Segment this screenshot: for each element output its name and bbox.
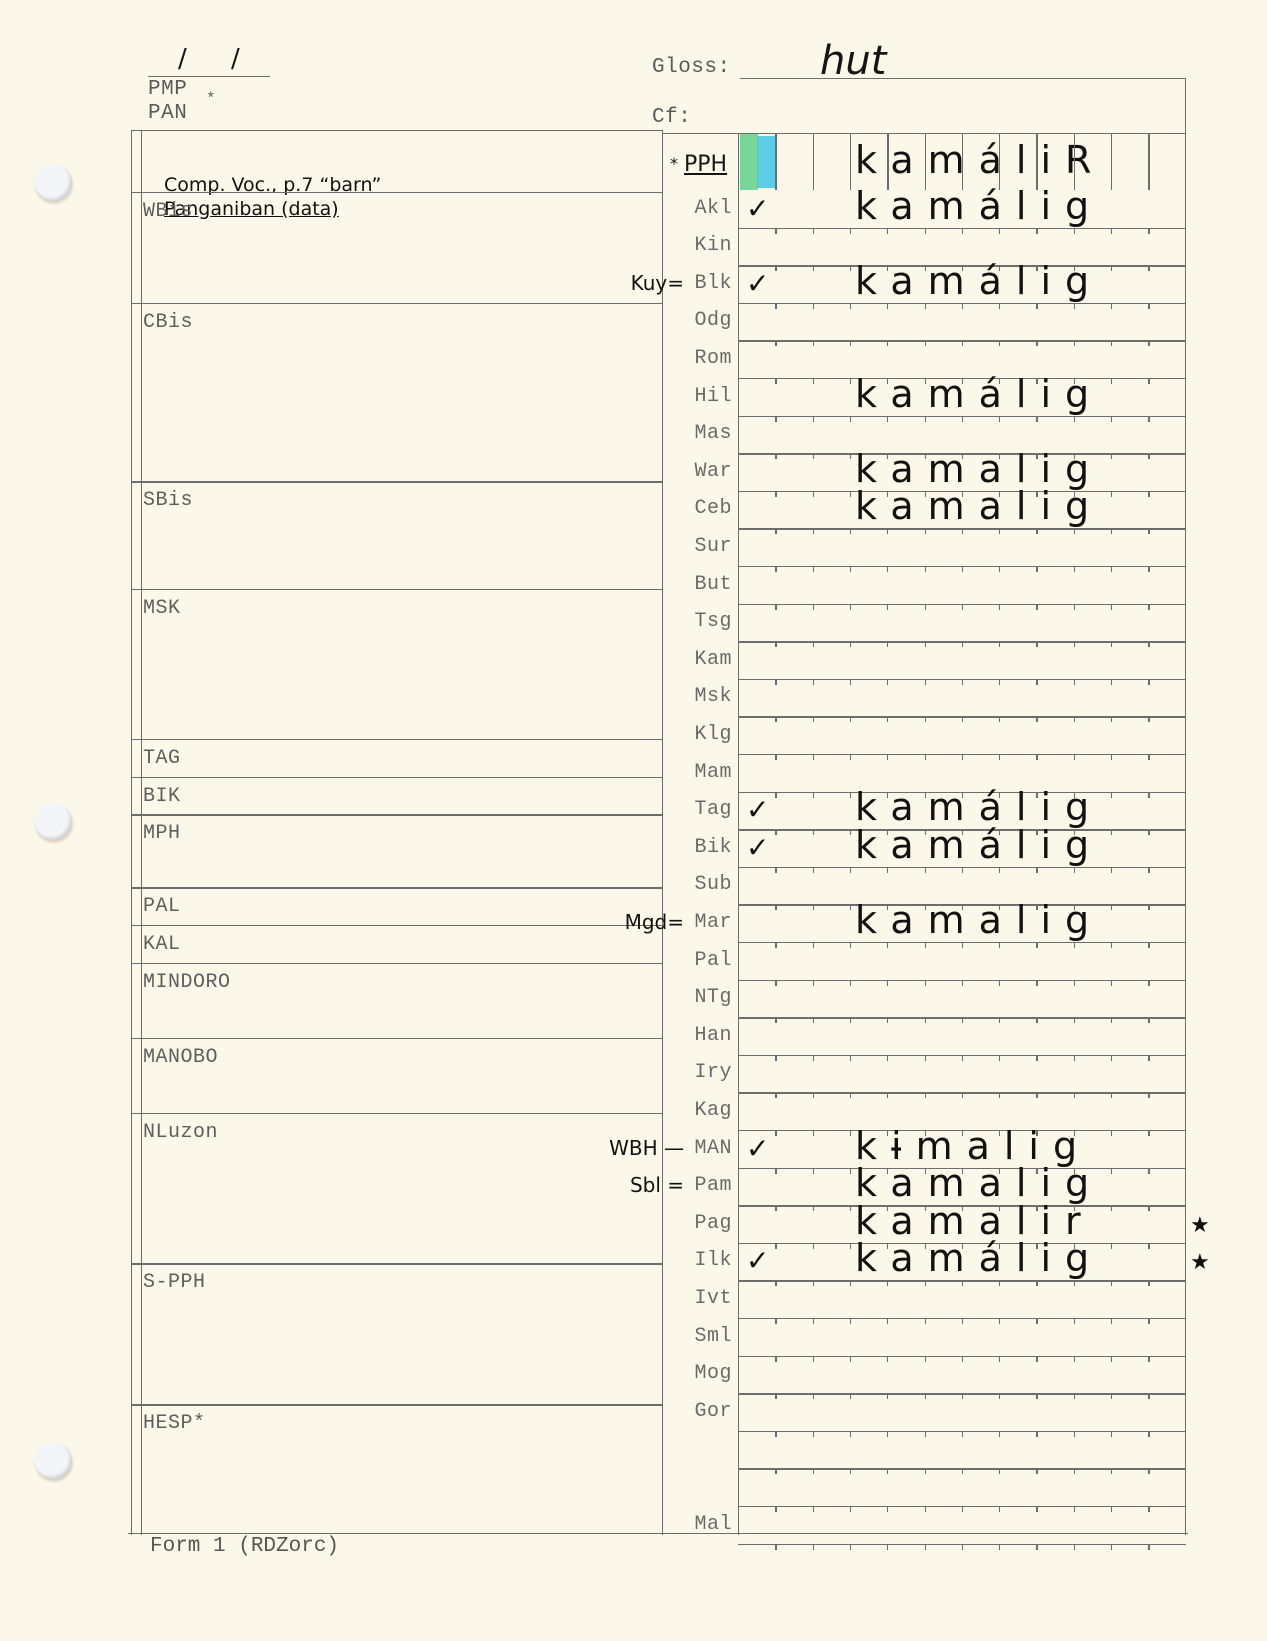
section-divider-line (131, 963, 662, 964)
grid-tick (775, 942, 776, 948)
grid-tick (1036, 416, 1037, 422)
grid-tick (775, 1168, 776, 1174)
grid-tick (1111, 1130, 1112, 1136)
grid-tick (1036, 1431, 1037, 1437)
grid-tick (887, 1318, 888, 1324)
grid-tick (1074, 566, 1075, 572)
grid-tick (1111, 491, 1112, 497)
star-icon: ★ (1190, 1250, 1210, 1275)
punch-hole-top (34, 164, 72, 202)
grid-tick (999, 867, 1000, 873)
check-mark-icon[interactable]: ✓ (746, 267, 769, 300)
grid-tick (813, 904, 814, 910)
grid-tick (1074, 416, 1075, 422)
grid-tick (1074, 980, 1075, 986)
grid-tick (925, 1506, 926, 1512)
grid-tick (775, 754, 776, 760)
grid-tick (775, 1092, 776, 1098)
section-label: MSK (143, 597, 181, 620)
grid-tick (850, 829, 851, 835)
grid-tick (1036, 528, 1037, 534)
grid-tick (1148, 1205, 1149, 1211)
grid-tick (1111, 1280, 1112, 1286)
grid-tick (962, 1017, 963, 1023)
grid-tick (1074, 1468, 1075, 1474)
grid-tick (999, 980, 1000, 986)
grid-tick (813, 1243, 814, 1249)
grid-tick (925, 867, 926, 873)
grid-tick (813, 1431, 814, 1437)
grid-tick (850, 604, 851, 610)
grid-tick (775, 303, 776, 309)
grid-tick (999, 641, 1000, 647)
grid-tick (850, 1017, 851, 1023)
grid-tick (1074, 1506, 1075, 1512)
grid-tick (925, 528, 926, 534)
grid-tick (1148, 228, 1149, 234)
grid-tick (775, 228, 776, 234)
grid-tick (850, 904, 851, 910)
grid-tick (775, 829, 776, 835)
grid-tick (887, 228, 888, 234)
grid-tick (1111, 1205, 1112, 1211)
grid-tick (850, 340, 851, 346)
reflex-form[interactable]: kamálig (855, 823, 1103, 867)
grid-tick (1148, 491, 1149, 497)
grid-tick (999, 1393, 1000, 1399)
language-code: Kin (662, 234, 732, 257)
section-divider-line (131, 814, 662, 815)
section-divider-line (131, 925, 662, 926)
grid-tick (775, 716, 776, 722)
grid-tick (850, 1431, 851, 1437)
grid-tick (1074, 1092, 1075, 1098)
grid-tick (925, 1092, 926, 1098)
grid-tick (999, 416, 1000, 422)
proto-label-pmp: PMP (148, 78, 187, 101)
grid-tick (962, 980, 963, 986)
grid-tick (1111, 1168, 1112, 1174)
grid-tick (1036, 1356, 1037, 1362)
grid-tick (813, 1393, 814, 1399)
grid-tick (813, 1468, 814, 1474)
grid-tick (999, 303, 1000, 309)
grid-tick (775, 1055, 776, 1061)
language-code: Klg (662, 723, 732, 746)
grid-tick (850, 1506, 851, 1512)
protoform-cell-divider (887, 133, 888, 190)
grid-tick (925, 303, 926, 309)
grid-tick (962, 1055, 963, 1061)
highlight-green (740, 134, 758, 190)
right-border (1185, 78, 1186, 1535)
grid-tick (1111, 416, 1112, 422)
grid-tick (1074, 1431, 1075, 1437)
grid-tick (962, 1468, 963, 1474)
grid-tick (775, 1544, 776, 1550)
grid-tick (813, 942, 814, 948)
reflex-form[interactable]: kamalig (855, 484, 1103, 528)
grid-tick (813, 829, 814, 835)
grid-tick (1148, 1356, 1149, 1362)
grid-tick (813, 604, 814, 610)
grid-tick (887, 1468, 888, 1474)
grid-tick (813, 1356, 814, 1362)
grid-tick (1074, 1356, 1075, 1362)
grid-tick (850, 1092, 851, 1098)
grid-tick (962, 1092, 963, 1098)
left-border-outer (131, 130, 132, 1535)
grid-tick (925, 1393, 926, 1399)
grid-tick (962, 1431, 963, 1437)
grid-tick (1074, 942, 1075, 948)
grid-tick (1111, 754, 1112, 760)
grid-tick (775, 1393, 776, 1399)
grid-tick (887, 641, 888, 647)
grid-tick (999, 1017, 1000, 1023)
grid-tick (962, 528, 963, 534)
grid-tick (775, 1431, 776, 1437)
grid-tick (887, 528, 888, 534)
grid-tick (962, 604, 963, 610)
grid-tick (850, 566, 851, 572)
section-divider-line (131, 739, 662, 740)
grid-tick (850, 491, 851, 497)
grid-tick (813, 416, 814, 422)
grid-tick (813, 1168, 814, 1174)
grid-tick (887, 416, 888, 422)
grid-tick (775, 1243, 776, 1249)
grid-tick (1074, 1393, 1075, 1399)
grid-tick (1111, 566, 1112, 572)
grid-tick (887, 942, 888, 948)
grid-tick (775, 1506, 776, 1512)
grid-tick (1111, 453, 1112, 459)
grid-tick (813, 491, 814, 497)
grid-tick (1074, 641, 1075, 647)
protoform-cell-divider (999, 133, 1000, 190)
section-divider-line (131, 1038, 662, 1039)
grid-tick (850, 1468, 851, 1474)
language-code: Sub (662, 873, 732, 896)
grid-tick (850, 1168, 851, 1174)
grid-tick (813, 1017, 814, 1023)
grid-tick (813, 716, 814, 722)
grid-tick (1036, 1393, 1037, 1399)
grid-tick (850, 453, 851, 459)
language-code: Mas (662, 422, 732, 445)
grid-tick (999, 1544, 1000, 1550)
grid-tick (1148, 980, 1149, 986)
punch-hole-middle (34, 803, 72, 841)
section-divider-line (131, 589, 662, 590)
grid-tick (1148, 378, 1149, 384)
grid-tick (925, 1356, 926, 1362)
grid-tick (887, 1280, 888, 1286)
language-code: Sml (662, 1325, 732, 1348)
grid-tick (999, 1431, 1000, 1437)
grid-tick (850, 1318, 851, 1324)
protoform-cell-divider (1036, 133, 1037, 190)
cross-reference-note: Sbl = (630, 1173, 684, 1197)
gloss-value[interactable]: hut (820, 38, 886, 84)
grid-tick (850, 1393, 851, 1399)
grid-tick (999, 528, 1000, 534)
grid-tick (1036, 340, 1037, 346)
grid-tick (775, 340, 776, 346)
table-top-border (131, 130, 662, 131)
grid-tick (850, 416, 851, 422)
section-label: KAL (143, 933, 181, 956)
grid-tick (999, 942, 1000, 948)
grid-tick (1111, 528, 1112, 534)
protoform-cell-divider (1111, 133, 1112, 190)
grid-tick (1036, 1544, 1037, 1550)
grid-tick (962, 1356, 963, 1362)
section-label: MANOBO (143, 1046, 218, 1069)
grid-tick (962, 303, 963, 309)
grid-tick (850, 1243, 851, 1249)
grid-tick (887, 1431, 888, 1437)
grid-tick (1111, 1393, 1112, 1399)
reflex-form[interactable]: kamálig (855, 259, 1103, 303)
grid-tick (1111, 942, 1112, 948)
grid-tick (1036, 1318, 1037, 1324)
grid-tick (999, 1468, 1000, 1474)
gloss-label: Gloss: (652, 56, 731, 79)
grid-tick (1111, 265, 1112, 271)
grid-tick (1148, 641, 1149, 647)
grid-tick (887, 1544, 888, 1550)
reflex-form[interactable]: kamálig (855, 372, 1103, 416)
grid-tick (850, 228, 851, 234)
grid-tick (813, 679, 814, 685)
grid-tick (850, 378, 851, 384)
reflex-form[interactable]: kamalig (855, 898, 1103, 942)
grid-tick (1148, 1468, 1149, 1474)
grid-tick (1148, 679, 1149, 685)
grid-tick (999, 1280, 1000, 1286)
grid-tick (887, 1092, 888, 1098)
grid-tick (999, 1092, 1000, 1098)
grid-tick (850, 528, 851, 534)
protoform-label: PPH (684, 152, 727, 177)
grid-tick (1036, 1017, 1037, 1023)
language-code: Ceb (662, 497, 732, 520)
grid-tick (775, 904, 776, 910)
grid-tick (813, 340, 814, 346)
section-label: S-PPH (143, 1271, 206, 1294)
grid-tick (775, 1017, 776, 1023)
protoform-cell-divider (1074, 133, 1075, 190)
grid-tick (887, 754, 888, 760)
grid-tick (1111, 340, 1112, 346)
form-label: Form 1 (RDZorc) (150, 1535, 339, 1558)
grid-tick (850, 1055, 851, 1061)
grid-tick (887, 980, 888, 986)
grid-tick (1036, 980, 1037, 986)
reflex-form[interactable]: kamálig (855, 184, 1103, 228)
grid-tick (813, 528, 814, 534)
grid-tick (1111, 716, 1112, 722)
grid-tick (1148, 792, 1149, 798)
language-code: NTg (662, 986, 732, 1009)
grid-tick (813, 1280, 814, 1286)
grid-tick (1036, 228, 1037, 234)
grid-tick (1074, 303, 1075, 309)
section-label: PAL (143, 895, 181, 918)
grid-tick (775, 1468, 776, 1474)
grid-tick (1074, 716, 1075, 722)
grid-tick (850, 265, 851, 271)
grid-tick (775, 604, 776, 610)
grid-tick (775, 453, 776, 459)
language-code: Han (662, 1024, 732, 1047)
grid-tick (1074, 1544, 1075, 1550)
language-code: War (662, 460, 732, 483)
language-code: Iry (662, 1061, 732, 1084)
grid-tick (775, 679, 776, 685)
check-mark-icon[interactable]: ✓ (746, 831, 769, 864)
grid-tick (850, 1205, 851, 1211)
grid-tick (1148, 1168, 1149, 1174)
grid-tick (1148, 1280, 1149, 1286)
grid-tick (1111, 1092, 1112, 1098)
grid-tick (850, 1280, 851, 1286)
grid-tick (1148, 1318, 1149, 1324)
grid-tick (1074, 1017, 1075, 1023)
grid-tick (813, 265, 814, 271)
cf-label: Cf: (652, 106, 691, 129)
grid-tick (887, 1017, 888, 1023)
protoform-cell-divider (813, 133, 814, 190)
grid-tick (887, 679, 888, 685)
grid-tick (962, 679, 963, 685)
punch-hole-bottom (34, 1442, 72, 1480)
grid-tick (962, 716, 963, 722)
reflex-form[interactable]: kamálig (855, 1236, 1103, 1280)
grid-tick (850, 1130, 851, 1136)
section-label: SBis (143, 489, 193, 512)
grid-tick (1111, 1431, 1112, 1437)
grid-tick (999, 1055, 1000, 1061)
grid-tick (1074, 340, 1075, 346)
grid-tick (1111, 1468, 1112, 1474)
language-code: Kag (662, 1099, 732, 1122)
date-field[interactable]: / / (178, 44, 258, 74)
grid-tick (775, 1280, 776, 1286)
grid-tick (925, 604, 926, 610)
section-label: CBis (143, 311, 193, 334)
language-code: Ilk (662, 1249, 732, 1272)
grid-tick (1111, 679, 1112, 685)
language-code: Bik (662, 836, 732, 859)
grid-tick (1036, 716, 1037, 722)
grid-tick (850, 867, 851, 873)
grid-tick (962, 1544, 963, 1550)
grid-tick (1036, 604, 1037, 610)
language-code: Pal (662, 949, 732, 972)
check-mark-icon[interactable]: ✓ (746, 1244, 769, 1277)
grid-tick (1036, 1055, 1037, 1061)
grid-tick (813, 1205, 814, 1211)
grid-tick (813, 1544, 814, 1550)
grid-tick (1036, 942, 1037, 948)
check-mark-icon[interactable]: ✓ (746, 793, 769, 826)
check-mark-icon[interactable]: ✓ (746, 1132, 769, 1165)
grid-tick (1148, 829, 1149, 835)
section-divider-line (131, 887, 662, 888)
grid-tick (1148, 1544, 1149, 1550)
grid-tick (925, 1280, 926, 1286)
grid-tick (813, 566, 814, 572)
protoform-cell-divider (925, 133, 926, 190)
section-label: HESP* (143, 1412, 206, 1435)
check-mark-icon[interactable]: ✓ (746, 192, 769, 225)
grid-tick (1111, 1055, 1112, 1061)
grid-tick (813, 867, 814, 873)
section-divider-line (131, 481, 662, 482)
grid-tick (775, 566, 776, 572)
grid-tick (999, 1356, 1000, 1362)
grid-tick (962, 416, 963, 422)
grid-tick (1036, 566, 1037, 572)
language-code: Ivt (662, 1287, 732, 1310)
grid-tick (999, 1318, 1000, 1324)
grid-tick (962, 1280, 963, 1286)
grid-tick (813, 641, 814, 647)
grid-tick (1111, 1017, 1112, 1023)
cross-reference-note: WBH — (609, 1136, 684, 1160)
grid-tick (925, 228, 926, 234)
grid-tick (962, 1393, 963, 1399)
protoform-cell-divider (962, 133, 963, 190)
grid-tick (925, 1055, 926, 1061)
grid-tick (850, 1356, 851, 1362)
grid-tick (775, 528, 776, 534)
grid-tick (775, 792, 776, 798)
grid-tick (1148, 566, 1149, 572)
grid-tick (999, 340, 1000, 346)
grid-tick (887, 1356, 888, 1362)
grid-tick (1111, 1506, 1112, 1512)
protoform-value[interactable]: kamáliR (855, 138, 1105, 182)
grid-tick (775, 1130, 776, 1136)
grid-tick (775, 1318, 776, 1324)
grid-tick (999, 566, 1000, 572)
cross-reference-note: Kuy= (631, 271, 684, 295)
grid-tick (887, 1055, 888, 1061)
grid-tick (1036, 754, 1037, 760)
grid-tick (850, 792, 851, 798)
language-code: Tag (662, 798, 732, 821)
section-divider-line (131, 192, 662, 193)
grid-tick (962, 1506, 963, 1512)
grid-tick (887, 716, 888, 722)
grid-tick (850, 303, 851, 309)
grid-tick (962, 942, 963, 948)
grid-tick (1074, 754, 1075, 760)
grid-tick (925, 1431, 926, 1437)
grid-tick (1111, 604, 1112, 610)
grid-tick (1148, 904, 1149, 910)
grid-tick (813, 792, 814, 798)
grid-tick (999, 679, 1000, 685)
star-icon: ★ (1190, 1213, 1210, 1238)
grid-tick (1036, 641, 1037, 647)
protoform-asterisk: * (670, 154, 678, 173)
grid-tick (1111, 303, 1112, 309)
